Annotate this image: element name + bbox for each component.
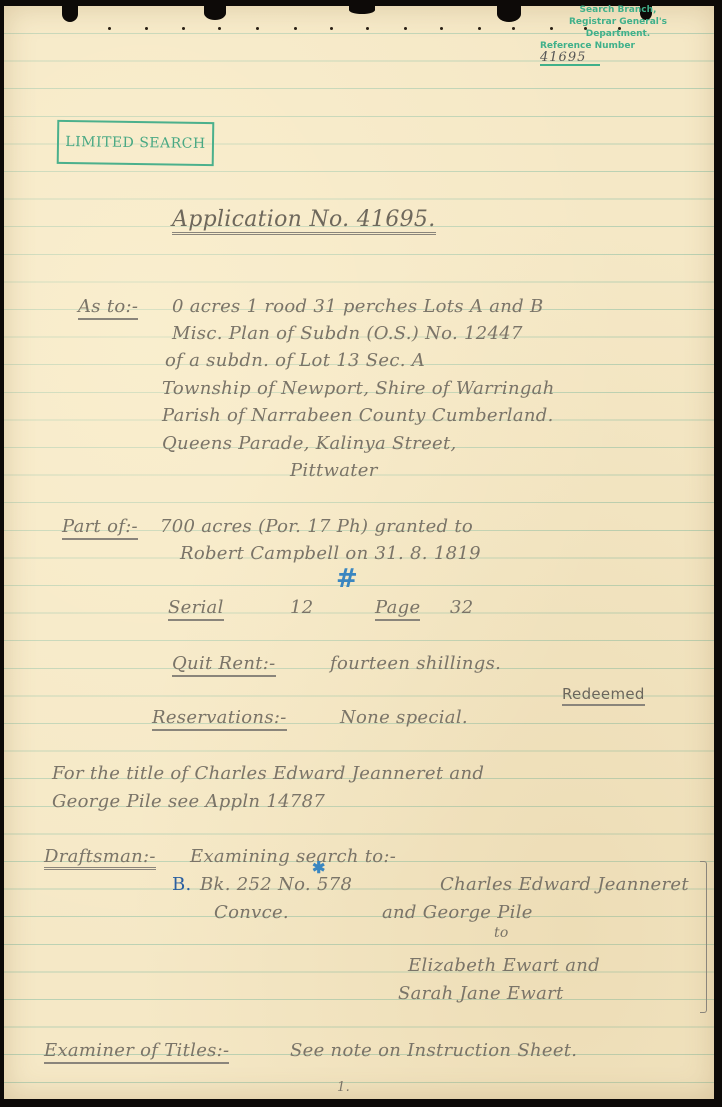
perforation <box>512 27 515 30</box>
torn-edge <box>62 6 78 22</box>
serial-label: Serial <box>168 597 224 621</box>
entry-reference: Bk. 252 No. 578 <box>200 874 352 895</box>
perforation <box>440 27 443 30</box>
reservations-label: Reservations:- <box>152 707 287 731</box>
torn-edge <box>349 6 375 14</box>
stamp-department: Registrar General's Department. <box>538 16 698 40</box>
parties-from: Charles Edward Jeanneret <box>440 874 689 895</box>
parties-to: Elizabeth Ewart and <box>408 955 600 976</box>
perforation <box>330 27 333 30</box>
examiner-label: Examiner of Titles:- <box>44 1040 229 1064</box>
application-title: Application No. 41695. <box>172 207 436 235</box>
to-word: to <box>494 925 509 941</box>
bracket-mark <box>700 861 707 1013</box>
perforation <box>218 27 221 30</box>
draftsman-text: Examining search to:- <box>190 846 396 867</box>
scan-border <box>714 0 722 1107</box>
perforation <box>108 27 111 30</box>
perforation <box>294 27 297 30</box>
torn-edge <box>204 6 226 20</box>
blue-cross-mark: # <box>336 564 358 594</box>
page-value: 32 <box>450 597 474 618</box>
title-note-line: George Pile see Appln 14787 <box>52 791 325 812</box>
reference-stamp: Search Branch, Registrar General's Depar… <box>538 4 698 66</box>
perforation <box>366 27 369 30</box>
perforation <box>404 27 407 30</box>
page-label: Page <box>375 597 420 621</box>
perforation <box>256 27 259 30</box>
parties-to-2: Sarah Jane Ewart <box>398 983 564 1004</box>
part-of-line: Robert Campbell on 31. 8. 1819 <box>180 543 481 564</box>
stamp-reference-row: Reference Number 41695 <box>538 40 698 66</box>
perforation <box>145 27 148 30</box>
instrument-type: Convce. <box>214 902 289 923</box>
quit-rent-value: fourteen shillings. <box>330 653 501 674</box>
serial-value: 12 <box>290 597 314 618</box>
draftsman-label: Draftsman:- <box>44 846 156 870</box>
part-of-label: Part of:- <box>62 516 138 540</box>
perforation <box>478 27 481 30</box>
as-to-line: of a subdn. of Lot 13 Sec. A <box>165 350 425 371</box>
as-to-line: 0 acres 1 rood 31 perches Lots A and B <box>172 296 544 317</box>
entry-letter: B. <box>172 874 192 895</box>
as-to-line: Queens Parade, Kalinya Street, <box>162 433 457 454</box>
quit-rent-label: Quit Rent:- <box>172 653 276 677</box>
redeemed-note: Redeemed <box>562 685 645 706</box>
as-to-line: Misc. Plan of Subdn (O.S.) No. 12447 <box>172 323 523 344</box>
limited-search-stamp: LIMITED SEARCH <box>57 120 215 166</box>
parties-from-2: and George Pile <box>382 902 533 923</box>
stamp-branch: Search Branch, <box>538 4 698 16</box>
torn-edge <box>497 6 521 22</box>
as-to-line: Pittwater <box>290 460 378 481</box>
title-note-line: For the title of Charles Edward Jeannere… <box>52 763 484 784</box>
limited-search-text: LIMITED SEARCH <box>65 134 206 152</box>
as-to-label: As to:- <box>78 296 138 320</box>
as-to-line-text: of a subdn. of Lot 13 Sec. A <box>165 350 425 371</box>
perforation <box>182 27 185 30</box>
reference-number: 41695 <box>540 52 600 66</box>
as-to-line: Township of Newport, Shire of Warringah <box>162 378 555 399</box>
examiner-text: See note on Instruction Sheet. <box>290 1040 577 1061</box>
page-number: 1. <box>337 1080 350 1095</box>
part-of-line: 700 acres (Por. 17 Ph) granted to <box>160 516 473 537</box>
reservations-value: None special. <box>340 707 468 728</box>
as-to-line: Parish of Narrabeen County Cumberland. <box>162 405 554 426</box>
